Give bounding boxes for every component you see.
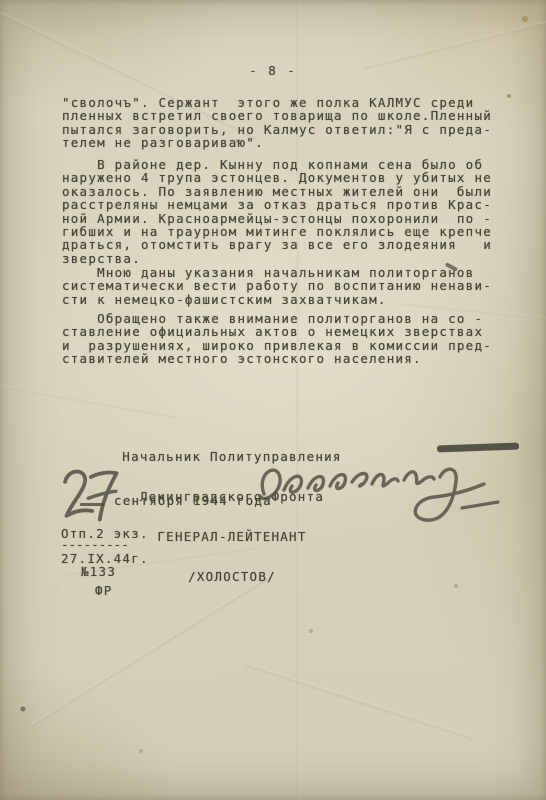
paper-crease	[0, 384, 179, 419]
document-page: - 8 - "сволочъ". Сержант этого же полка …	[0, 0, 546, 800]
handwritten-signature-icon	[250, 450, 518, 535]
paragraph-kynnu: В районе дер. Кынну под копнами сена был…	[62, 158, 514, 265]
signatory-name: /ХОЛОСТОВ/	[104, 570, 360, 583]
paper-crease	[363, 13, 546, 69]
footer-number: №133	[81, 565, 116, 578]
page-number: - 8 -	[0, 64, 546, 77]
paragraph-instructions: Мною даны указания начальникам политорга…	[62, 266, 514, 306]
date-blank-dash	[80, 503, 104, 506]
footer-initials: ФР	[95, 584, 113, 597]
paper-crease	[245, 663, 474, 740]
date-typed: сентября 1944 года	[114, 494, 272, 507]
paragraph-commissions: Обращено также внимание политорганов на …	[62, 312, 514, 366]
footer-divider: ---------	[61, 538, 129, 551]
paper-specks	[0, 0, 2, 2]
paragraph-kalmus: "сволочъ". Сержант этого же полка КАЛМУС…	[62, 96, 514, 150]
